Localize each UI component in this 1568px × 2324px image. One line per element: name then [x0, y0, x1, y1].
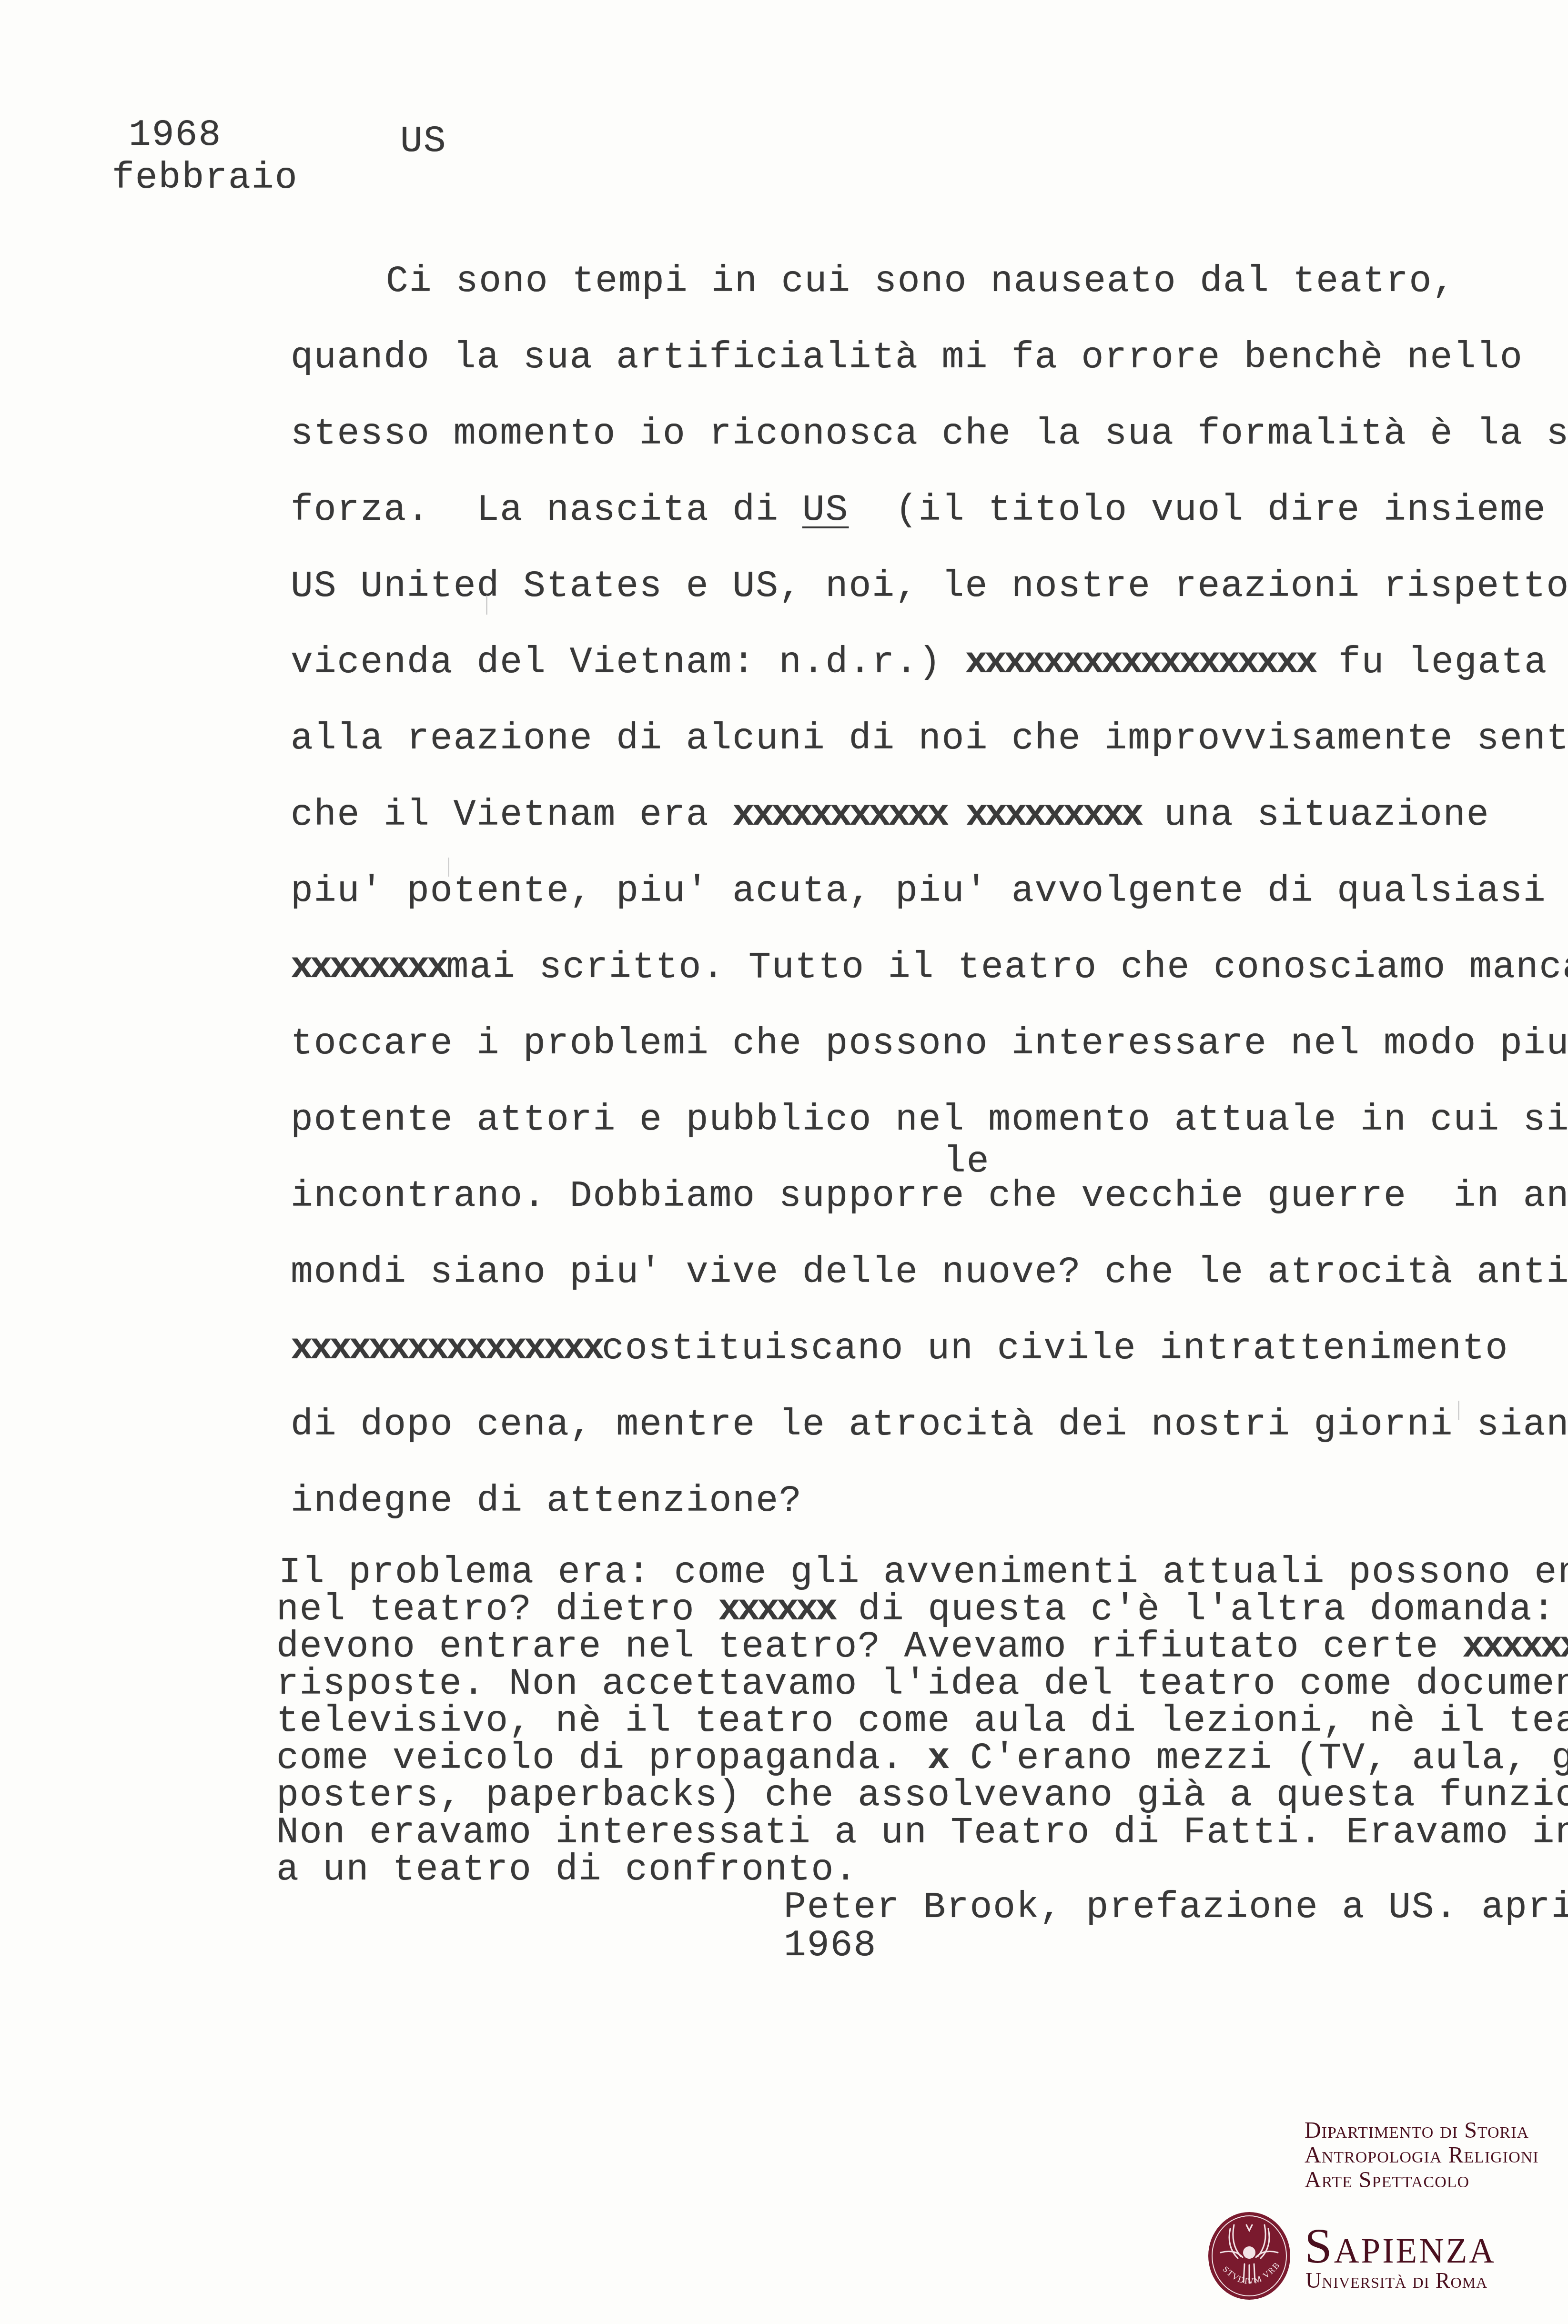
document-page: 1968 febbraio US Ci sono tempi in cui so… [0, 0, 1568, 2324]
department-line-1: Dipartimento di Storia [1305, 2119, 1529, 2142]
p2-line: televisivo, nè il teatro come aula di le… [276, 1703, 1568, 1740]
p2-line: Non eravamo interessati a un Teatro di F… [276, 1814, 1568, 1851]
p1-line: mondi siano piu' vive delle nuove? che l… [291, 1254, 1568, 1291]
p1-line: toccare i problemi che possono interessa… [291, 1025, 1568, 1062]
struck-text: xxxxxxxx [291, 947, 446, 989]
p1-line: vicenda del Vietnam: n.d.r.) xxxxxxxxxxx… [291, 644, 1548, 681]
p2-line: come veicolo di propaganda. x C'erano me… [276, 1740, 1568, 1777]
p2-line: risposte. Non accettavamo l'idea del tea… [276, 1666, 1568, 1703]
header-year: 1968 [129, 117, 222, 154]
document-title: US [400, 123, 447, 160]
p2-line: Il problema era: come gli avvenimenti at… [279, 1554, 1568, 1591]
p1-line: potente attori e pubblico nel momento at… [291, 1101, 1568, 1139]
p1-line: incontrano. Dobbiamo supporre che vecchi… [291, 1178, 1568, 1215]
p2-line: devono entrare nel teatro? Avevamo rifiu… [276, 1628, 1568, 1666]
struck-text: xxxxxxxxxxxxxxxxxx [965, 642, 1315, 684]
p1-line: indegne di attenzione? [291, 1483, 802, 1520]
p1-line: quando la sua artificialità mi fa orrore… [291, 339, 1523, 376]
p1-line: stesso momento io riconosca che la sua f… [291, 415, 1568, 453]
p1-line: Ci sono tempi in cui sono nauseato dal t… [386, 263, 1456, 300]
p1-line: US United States e US, noi, le nostre re… [291, 568, 1568, 605]
underlined-title: US [802, 489, 849, 531]
scan-mark [448, 858, 449, 877]
p2-line: posters, paperbacks) che assolvevano già… [276, 1777, 1568, 1814]
scan-mark [1458, 1401, 1459, 1420]
struck-text: xxxxxx [1462, 1626, 1568, 1668]
attribution-line: Peter Brook, prefazione a US. aprile [784, 1889, 1568, 1926]
p1-line: alla reazione di alcuni di noi che impro… [291, 720, 1568, 758]
p1-line: forza. La nascita di US (il titolo vuol … [291, 492, 1547, 529]
scan-mark [486, 596, 487, 615]
p1-line: xxxxxxxxmai scritto. Tutto il teatro che… [291, 949, 1568, 986]
university-name: Sapienza [1305, 2218, 1496, 2274]
department-line-3: Arte Spettacolo [1305, 2169, 1469, 2192]
p1-line: che il Vietnam era xxxxxxxxxxx xxxxxxxxx… [291, 797, 1489, 834]
p1-line: xxxxxxxxxxxxxxxxcostituiscano un civile … [291, 1330, 1508, 1367]
struck-text: xxxxxxxxxxxxxxxx [291, 1328, 602, 1370]
p1-line: piu' potente, piu' acuta, piu' avvolgent… [291, 873, 1568, 910]
struck-text: xxxxxxxxxxx xxxxxxxxx [732, 794, 1141, 836]
p1-line: di dopo cena, mentre le atrocità dei nos… [291, 1406, 1568, 1444]
p2-line: nel teatro? dietro xxxxxx di questa c'è … [276, 1591, 1568, 1628]
university-subtitle: Università di Roma [1305, 2268, 1487, 2293]
department-line-2: Antropologia Religioni [1305, 2144, 1539, 2167]
p2-line: a un teatro di confronto. [276, 1851, 858, 1889]
struck-text: xxxxxx [718, 1589, 835, 1631]
sapienza-seal-icon: STVDIVM VRBIS [1206, 2211, 1292, 2301]
attribution-year: 1968 [784, 1927, 877, 1964]
struck-text: x [928, 1738, 947, 1779]
header-month: febbraio [112, 160, 298, 197]
